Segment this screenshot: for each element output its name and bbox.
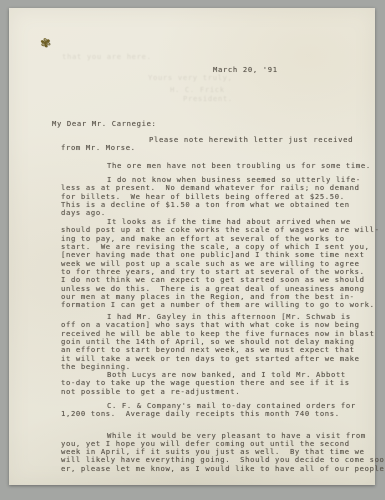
letter-paragraph: I do not know when business seemed so ut… [61, 176, 361, 218]
bleed-through-fragment: President. [183, 94, 233, 103]
letter-paragraph: Both Lucys are now banked, and I told Mr… [61, 371, 350, 396]
letter-line: The ore men have not been troubling us f… [61, 162, 371, 170]
letter-salutation: My Dear Mr. Carnegie: [52, 120, 157, 128]
letter-paragraph: I had Mr. Gayley in this afternoon [Mr. … [61, 313, 375, 371]
letter-paragraph: The ore men have not been troubling us f… [61, 162, 371, 170]
letter-line: er, please let me know, as I would like … [61, 465, 385, 473]
bleed-through-fragment: Yours very truly, [148, 73, 233, 82]
bleed-through-fragment: that you are here. [62, 52, 152, 61]
letter-line: not possible to get a re-adjustment. [61, 388, 350, 396]
bleed-through-fragment: H. C. Frick [170, 85, 225, 94]
letter-paragraph: Please note herewith letter just receive… [61, 136, 353, 153]
letter-paragraph: While it would be very pleasant to have … [61, 432, 385, 474]
letter-line: 1,200 tons. Average daily receipts this … [61, 410, 356, 418]
letter-paragraph: It looks as if the time had about arrive… [61, 218, 380, 310]
ornament-seal-icon: ✾ [40, 34, 51, 50]
letter-line: formation I can get a number of them are… [61, 301, 380, 309]
letter-line: from Mr. Morse. [61, 144, 353, 152]
letter-paper: ✾ that you are here.Yours very truly,H. … [9, 8, 375, 485]
letter-date: March 20, '91 [213, 66, 278, 74]
letter-photo: ✾ that you are here.Yours very truly,H. … [0, 0, 385, 500]
letter-paragraph: C. F. & Company's mail to-day contained … [61, 402, 356, 419]
